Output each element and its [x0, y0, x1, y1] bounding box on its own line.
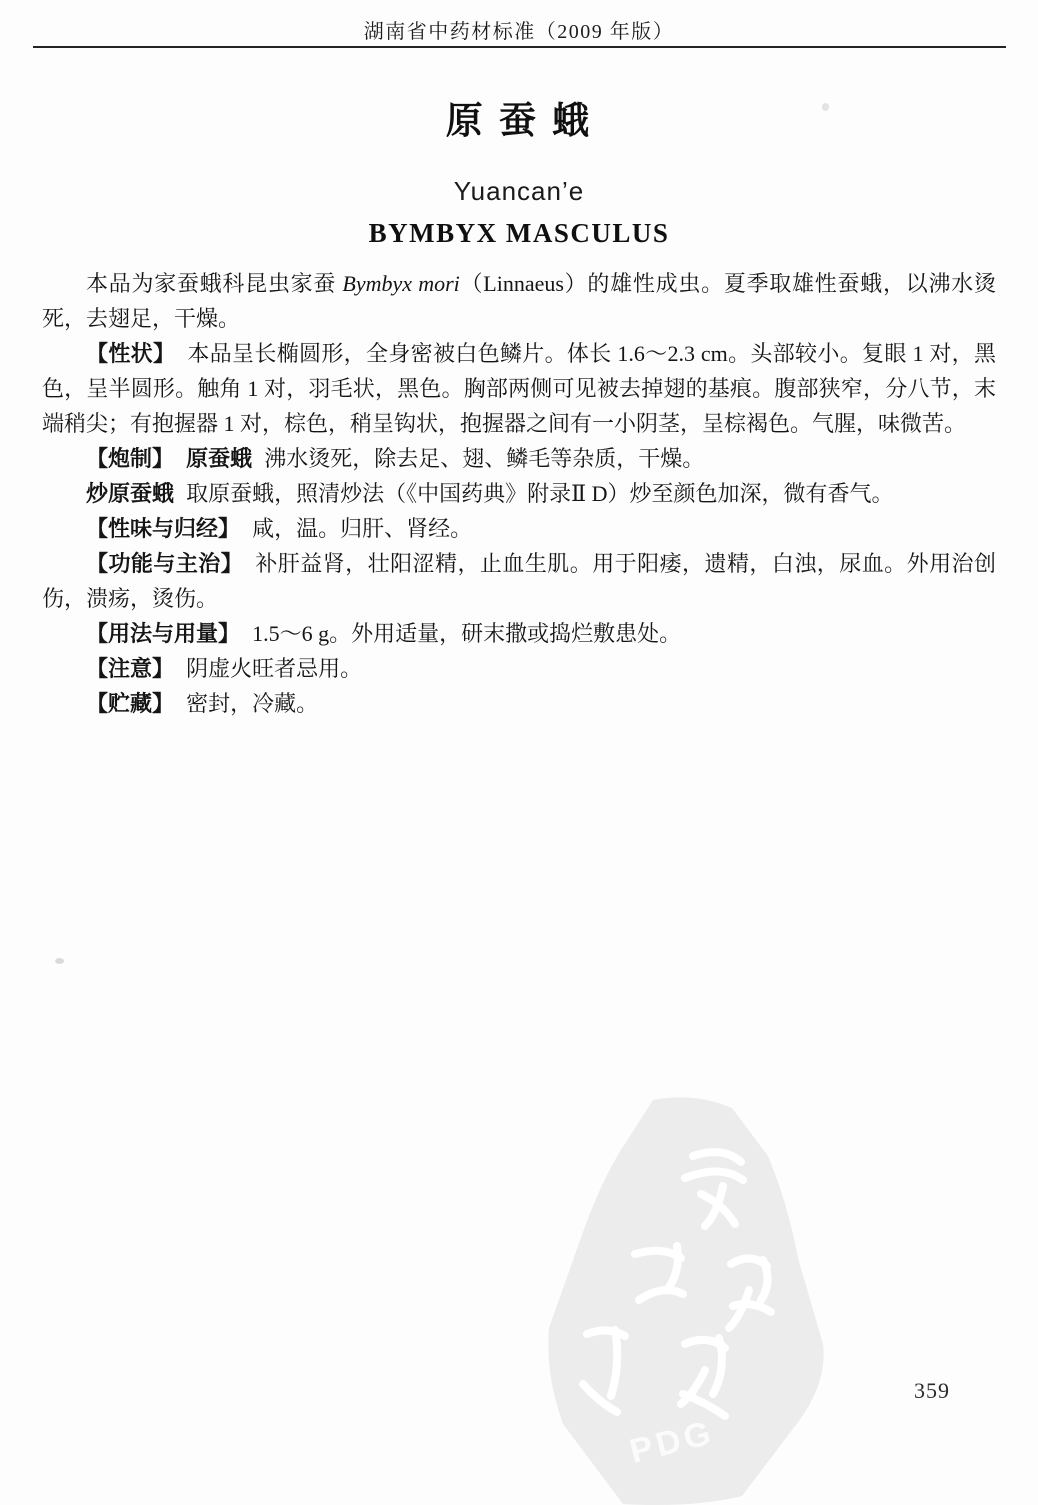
pinyin-title: Yuancan’e [0, 176, 1038, 207]
section-text: 阴虚火旺者忌用。 [186, 656, 362, 681]
section-zhucang: 【贮藏】密封，冷藏。 [42, 686, 996, 721]
page-number: 359 [914, 1378, 950, 1404]
section-chaoyuancane: 炒原蚕蛾取原蚕蛾，照清炒法（《中国药典》附录Ⅱ D）炒至颜色加深，微有香气。 [42, 476, 996, 511]
header-rule [33, 46, 1006, 48]
latin-title: BYMBYX MASCULUS [0, 218, 1038, 249]
monograph-body: 本品为家蚕蛾科昆虫家蚕 Bymbyx mori（Linnaeus）的雄性成虫。夏… [42, 266, 996, 721]
section-zhuyi: 【注意】阴虚火旺者忌用。 [42, 651, 996, 686]
section-label: 【炮制】 [86, 446, 174, 471]
latin-binomial: Bymbyx mori [342, 271, 459, 296]
section-label: 【贮藏】 [86, 691, 174, 716]
section-term: 原蚕蛾 [186, 446, 252, 471]
section-label: 【功能与主治】 [86, 551, 243, 576]
section-term: 炒原蚕蛾 [86, 481, 174, 506]
intro-paragraph: 本品为家蚕蛾科昆虫家蚕 Bymbyx mori（Linnaeus）的雄性成虫。夏… [42, 266, 996, 336]
scanned-book-page: 湖南省中药材标准（2009 年版） 原 蚕 蛾 Yuancan’e BYMBYX… [0, 0, 1038, 1505]
section-label: 【性味与归经】 [86, 516, 240, 541]
section-label: 【性状】 [86, 341, 175, 366]
section-xingwei: 【性味与归经】咸，温。归肝、肾经。 [42, 511, 996, 546]
section-yongfa: 【用法与用量】1.5～6 g。外用适量，研末撒或捣烂敷患处。 [42, 616, 996, 651]
page-title: 原 蚕 蛾 [0, 90, 1038, 144]
section-label: 【注意】 [86, 656, 174, 681]
running-header: 湖南省中药材标准（2009 年版） [0, 15, 1038, 44]
section-text: 沸水烫死，除去足、翅、鳞毛等杂质，干燥。 [264, 446, 704, 471]
scan-speck [55, 958, 64, 964]
section-text: 取原蚕蛾，照清炒法（《中国药典》附录Ⅱ D）炒至颜色加深，微有香气。 [186, 481, 893, 506]
section-gongneng: 【功能与主治】补肝益肾，壮阳涩精，止血生肌。用于阳痿，遗精，白浊，尿血。外用治创… [42, 546, 996, 616]
section-text: 咸，温。归肝、肾经。 [252, 516, 472, 541]
section-xingzhuang: 【性状】本品呈长椭圆形，全身密被白色鳞片。体长 1.6～2.3 cm。头部较小。… [42, 336, 996, 441]
section-label: 【用法与用量】 [86, 621, 240, 646]
section-paozhi: 【炮制】原蚕蛾沸水烫死，除去足、翅、鳞毛等杂质，干燥。 [42, 441, 996, 476]
intro-text-pre: 本品为家蚕蛾科昆虫家蚕 [86, 271, 342, 296]
section-text: 本品呈长椭圆形，全身密被白色鳞片。体长 1.6～2.3 cm。头部较小。复眼 1… [42, 341, 996, 436]
section-text: 1.5～6 g。外用适量，研末撒或捣烂敷患处。 [252, 621, 681, 646]
section-text: 密封，冷藏。 [186, 691, 318, 716]
